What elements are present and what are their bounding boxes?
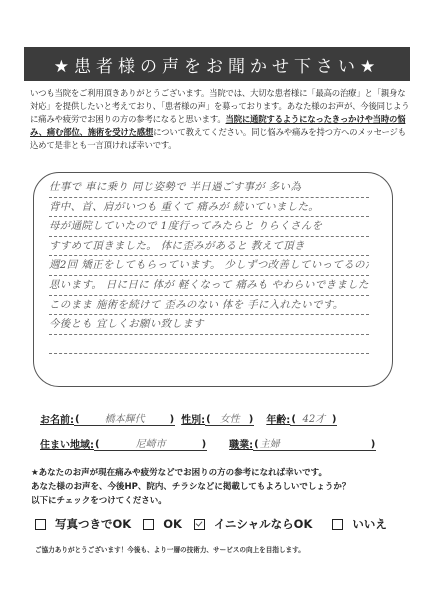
option-label: いいえ	[352, 516, 387, 532]
job-field[interactable]: 主婦	[260, 435, 370, 451]
checkbox-no[interactable]	[332, 519, 343, 530]
message-line: 背中、首、肩がいつも 重くて 痛みが 続いていました。	[49, 198, 369, 218]
footer-thanks: ご協力ありがとうございます！今後も、より一層の技術力、サービスの向上を目指します…	[35, 544, 305, 554]
page-title: ★患者様の声をお聞かせ下さい★	[54, 52, 380, 77]
open-paren: (	[94, 439, 101, 451]
option-label: 写真つきでOK	[55, 516, 131, 532]
area-job-row: 住まい地域: ( 尼崎市 ) 職業: ( 主婦 )	[40, 430, 380, 451]
permission-line: ★あなたのお声が現在痛みや疲労などでお困りの方の参考になれば幸いです。	[31, 466, 411, 480]
message-line: このまま 施術を続けて 歪みのない 体を 手に入れたいです。	[49, 296, 369, 316]
gender-field[interactable]: 女性	[212, 410, 248, 426]
age-field[interactable]: 42才	[297, 410, 331, 426]
name-label: お名前:	[40, 411, 74, 426]
name-field[interactable]: 橋本輝代	[81, 410, 169, 426]
close-paren: )	[201, 439, 208, 451]
permission-options: 写真つきでOK OK イニシャルならOK いいえ	[35, 516, 399, 532]
permission-text: ★あなたのお声が現在痛みや疲労などでお困りの方の参考になれば幸いです。 あなた様…	[31, 466, 411, 508]
open-paren: (	[290, 414, 297, 426]
message-line: 週2回 矯正をしてもらっています。 少しずつ改善していってるのだと	[49, 256, 369, 276]
gender-label: 性別:	[181, 411, 205, 426]
message-line	[49, 335, 369, 355]
age-label: 年齢:	[266, 411, 290, 426]
close-paren: )	[169, 414, 176, 426]
message-lines: 仕事で 車に乗り 同じ姿勢で 半日過ごす事が 多い為 背中、首、肩がいつも 重く…	[49, 178, 369, 354]
job-label: 職業:	[229, 436, 253, 451]
message-line: 思います。 日に日に 体が 軽くなって 痛みも やわらいできました。	[49, 276, 369, 296]
intro-paragraph: いつも当院をご利用頂きありがとうございます。当院では、大切な患者様に「最高の治療…	[30, 87, 410, 152]
area-field[interactable]: 尼崎市	[101, 435, 201, 451]
message-line: 仕事で 車に乗り 同じ姿勢で 半日過ごす事が 多い為	[49, 178, 369, 198]
message-line: すすめて頂きました。 体に歪みがあると 教えて頂き	[49, 237, 369, 257]
open-paren: (	[74, 414, 81, 426]
checkbox-initials-ok[interactable]	[194, 519, 205, 530]
permission-line: あなた様のお声を、今後HP、院内、チラシなどに掲載してもよろしいでしょうか？	[31, 480, 411, 494]
message-line: 母が通院していたので 1度行ってみたらと りらくさんを	[49, 217, 369, 237]
respondent-fields: お名前: ( 橋本輝代 ) 性別: ( 女性 ) 年齢: ( 42才 ) 住まい…	[40, 405, 380, 455]
close-paren: )	[248, 414, 255, 426]
open-paren: (	[205, 414, 212, 426]
checkbox-photo-ok[interactable]	[35, 519, 46, 530]
area-label: 住まい地域:	[40, 436, 94, 451]
close-paren: )	[331, 414, 338, 426]
option-label: イニシャルならOK	[214, 516, 313, 532]
open-paren: (	[253, 439, 260, 451]
name-gender-age-row: お名前: ( 橋本輝代 ) 性別: ( 女性 ) 年齢: ( 42才 )	[40, 405, 380, 426]
page-title-banner: ★患者様の声をお聞かせ下さい★	[24, 47, 410, 81]
close-paren: )	[370, 439, 377, 451]
option-label: OK	[163, 517, 182, 531]
permission-line: 以下にチェックをつけてください。	[31, 494, 411, 508]
message-line: 今後とも 宜しくお願い致します	[49, 315, 369, 335]
checkbox-ok[interactable]	[143, 519, 154, 530]
